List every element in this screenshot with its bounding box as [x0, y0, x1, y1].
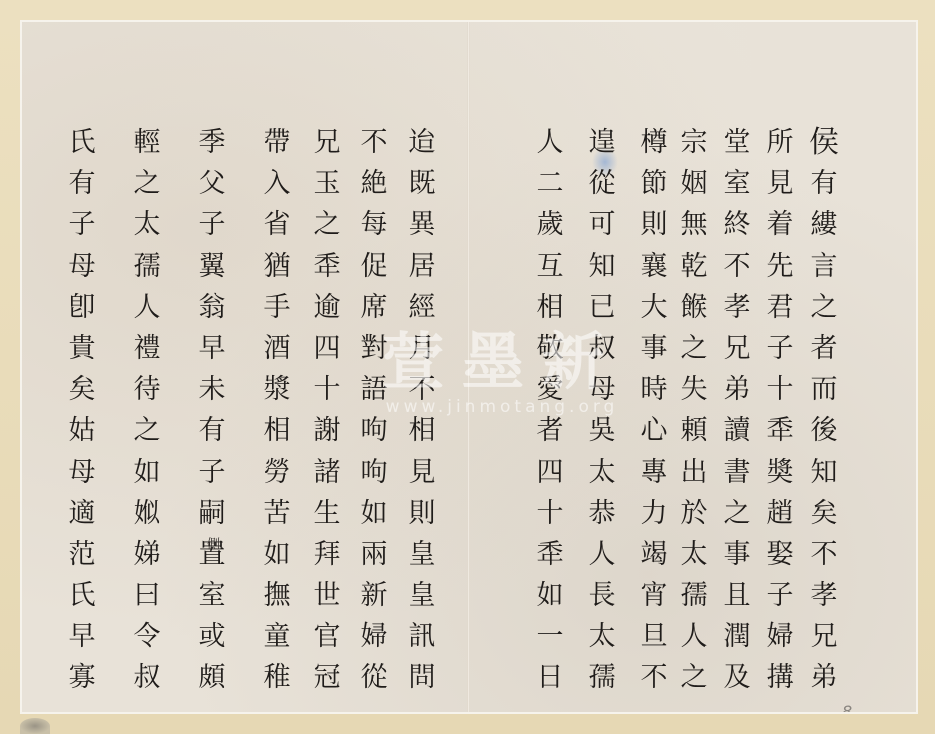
- text-column: 侯有縷言之者而後知矣不孝兄弟: [804, 122, 844, 699]
- character: 無: [681, 204, 708, 245]
- character: 十: [767, 369, 794, 410]
- character: 世: [314, 575, 341, 616]
- text-column: 所見着先君子十䄵奬趙娶子婦搆: [760, 122, 800, 699]
- character: 出: [681, 452, 708, 493]
- character: 叔: [134, 657, 161, 698]
- character: 酒: [264, 328, 291, 369]
- character: 事: [641, 328, 668, 369]
- character: 母: [589, 369, 616, 410]
- character: 不: [724, 246, 751, 287]
- character: 言: [811, 246, 838, 287]
- character: 童: [264, 616, 291, 657]
- character: 太: [589, 452, 616, 493]
- character: 弟: [724, 369, 751, 410]
- character: 絶: [361, 163, 388, 204]
- character: 氏: [69, 575, 96, 616]
- character: 待: [134, 369, 161, 410]
- character: 叔: [589, 328, 616, 369]
- character: 四: [314, 328, 341, 369]
- character: 寡: [69, 657, 96, 698]
- character: 謝: [314, 410, 341, 451]
- character: 語: [361, 369, 388, 410]
- character: 姑: [69, 410, 96, 451]
- character: 月: [409, 328, 436, 369]
- character: 輕: [134, 122, 161, 163]
- character: 曰: [134, 575, 161, 616]
- character: 節: [641, 163, 668, 204]
- character: 敬: [537, 328, 564, 369]
- character: 時: [641, 369, 668, 410]
- character: 恭: [589, 493, 616, 534]
- character: 之: [314, 204, 341, 245]
- character: 十: [314, 369, 341, 410]
- character: 不: [409, 369, 436, 410]
- character: 力: [641, 493, 668, 534]
- character: 十: [537, 493, 564, 534]
- character: 子: [767, 575, 794, 616]
- text-column: 堂室終不孝兄弟讀書之事且潤及: [717, 122, 757, 699]
- character: 縷: [811, 204, 838, 245]
- character: 失: [681, 369, 708, 410]
- character: 之: [724, 493, 751, 534]
- character: 頼: [681, 410, 708, 451]
- character: 禮: [134, 328, 161, 369]
- character: 從: [361, 657, 388, 698]
- character: 吳: [589, 410, 616, 451]
- text-column: 帶入省猶手酒漿相勞苦如撫童稚: [257, 122, 297, 699]
- character: 日: [537, 657, 564, 698]
- character: 有: [199, 410, 226, 451]
- character: 者: [537, 410, 564, 451]
- character: 堂: [724, 122, 751, 163]
- character: 子: [199, 452, 226, 493]
- character: 書: [724, 452, 751, 493]
- character: 則: [641, 204, 668, 245]
- character: 見: [767, 163, 794, 204]
- character: 猶: [264, 246, 291, 287]
- character: 異: [409, 204, 436, 245]
- character: 且: [724, 575, 751, 616]
- character: 及: [724, 657, 751, 698]
- character: 侯: [809, 122, 839, 163]
- character: 可: [589, 204, 616, 245]
- text-column: 不絶每促席對語呴呴如兩新婦從: [354, 122, 394, 699]
- character: 樽: [641, 122, 668, 163]
- character: 娰: [134, 493, 161, 534]
- character: 人: [134, 287, 161, 328]
- character: 終: [724, 204, 751, 245]
- character: 范: [69, 534, 96, 575]
- character: 官: [314, 616, 341, 657]
- character: 孝: [811, 575, 838, 616]
- character: 宗: [681, 122, 708, 163]
- character: 乾: [681, 246, 708, 287]
- character: 人: [681, 616, 708, 657]
- character: 之: [681, 657, 708, 698]
- character: 一: [537, 616, 564, 657]
- character: 撫: [264, 575, 291, 616]
- page-number: 8: [842, 702, 852, 714]
- paperweight: [20, 718, 50, 734]
- character: 苦: [264, 493, 291, 534]
- character: 有: [69, 163, 96, 204]
- character: 勞: [264, 452, 291, 493]
- character: 冠: [314, 657, 341, 698]
- text-column: 季父子翼翁早未有子嗣置室或頗: [192, 122, 232, 699]
- character: 知: [589, 246, 616, 287]
- character: 婦: [767, 616, 794, 657]
- character: 後: [811, 410, 838, 451]
- character: 䄵: [537, 534, 564, 575]
- character: 君: [767, 287, 794, 328]
- character: 弟: [811, 657, 838, 698]
- character: 諸: [314, 452, 341, 493]
- character: 愛: [537, 369, 564, 410]
- character: 竭: [641, 534, 668, 575]
- character: 相: [537, 287, 564, 328]
- character: 適: [69, 493, 96, 534]
- character: 孝: [724, 287, 751, 328]
- character: 頗: [199, 657, 226, 698]
- character: 太: [681, 534, 708, 575]
- character: 所: [767, 122, 794, 163]
- character: 手: [264, 287, 291, 328]
- character: 稚: [264, 657, 291, 698]
- character: 兄: [314, 122, 341, 163]
- character: 不: [361, 122, 388, 163]
- character: 每: [361, 204, 388, 245]
- character: 餱: [681, 287, 708, 328]
- character: 奬: [767, 452, 794, 493]
- text-column: 氏有子母卽貴矣姑母適范氏早寡: [62, 122, 102, 699]
- text-column: 人二歲互相敬愛者四十䄵如一日: [530, 122, 570, 699]
- character: 兄: [811, 616, 838, 657]
- character: 讀: [724, 410, 751, 451]
- character: 迨: [409, 122, 436, 163]
- character: 娶: [767, 534, 794, 575]
- character: 不: [641, 657, 668, 698]
- center-fold: [467, 22, 470, 712]
- character: 知: [811, 452, 838, 493]
- album-leaf: 侯有縷言之者而後知矣不孝兄弟所見着先君子十䄵奬趙娶子婦搆堂室終不孝兄弟讀書之事且…: [20, 20, 918, 714]
- character: 䄵: [767, 410, 794, 451]
- character: 則: [409, 493, 436, 534]
- character: 早: [199, 328, 226, 369]
- character: 娣: [134, 534, 161, 575]
- character: 室: [199, 575, 226, 616]
- text-column: 迨既異居經月不相見則皇皇訊問: [402, 122, 442, 699]
- character: 經: [409, 287, 436, 328]
- character: 二: [537, 163, 564, 204]
- character: 兄: [724, 328, 751, 369]
- character: 母: [69, 246, 96, 287]
- character: 趙: [767, 493, 794, 534]
- character: 子: [69, 204, 96, 245]
- text-column: 兄玉之䄵逾四十謝諸生拜世官冠: [307, 122, 347, 699]
- character: 之: [811, 287, 838, 328]
- character: 省: [264, 204, 291, 245]
- character: 或: [199, 616, 226, 657]
- character: 之: [681, 328, 708, 369]
- character: 太: [134, 204, 161, 245]
- character: 子: [199, 204, 226, 245]
- character: 人: [589, 534, 616, 575]
- character: 搆: [767, 657, 794, 698]
- character: 拜: [314, 534, 341, 575]
- marginal-annotation: 側: [202, 537, 221, 550]
- character: 矣: [69, 369, 96, 410]
- character: 逾: [314, 287, 341, 328]
- character: 嗣: [199, 493, 226, 534]
- character: 早: [69, 616, 96, 657]
- character: 父: [199, 163, 226, 204]
- character: 孺: [589, 657, 616, 698]
- character: 宵: [641, 575, 668, 616]
- character: 旦: [641, 616, 668, 657]
- character: 皇: [409, 534, 436, 575]
- character: 促: [361, 246, 388, 287]
- character: 互: [537, 246, 564, 287]
- character: 矣: [811, 493, 838, 534]
- character: 呴: [361, 452, 388, 493]
- character: 生: [314, 493, 341, 534]
- text-column: 遑從可知已叔母吳太恭人長太孺: [582, 122, 622, 699]
- character: 着: [767, 204, 794, 245]
- character: 已: [589, 287, 616, 328]
- character: 者: [811, 328, 838, 369]
- character: 入: [264, 163, 291, 204]
- text-column: 樽節則襄大事時心專力竭宵旦不: [634, 122, 674, 699]
- character: 事: [724, 534, 751, 575]
- character: 居: [409, 246, 436, 287]
- character: 如: [361, 493, 388, 534]
- character: 歲: [537, 204, 564, 245]
- character: 室: [724, 163, 751, 204]
- character: 婦: [361, 616, 388, 657]
- character: 翁: [199, 287, 226, 328]
- character: 孺: [681, 575, 708, 616]
- character: 太: [589, 616, 616, 657]
- character: 相: [264, 410, 291, 451]
- character: 呴: [361, 410, 388, 451]
- character: 孺: [134, 246, 161, 287]
- character: 玉: [314, 163, 341, 204]
- character: 新: [361, 575, 388, 616]
- character: 問: [409, 657, 436, 698]
- character: 如: [264, 534, 291, 575]
- character: 大: [641, 287, 668, 328]
- character: 令: [134, 616, 161, 657]
- character: 母: [69, 452, 96, 493]
- character: 如: [537, 575, 564, 616]
- text-column: 宗姻無乾餱之失頼出於太孺人之: [674, 122, 714, 699]
- character: 未: [199, 369, 226, 410]
- character: 四: [537, 452, 564, 493]
- character: 遑: [589, 122, 616, 163]
- character: 不: [811, 534, 838, 575]
- character: 季: [199, 122, 226, 163]
- character: 先: [767, 246, 794, 287]
- character: 子: [767, 328, 794, 369]
- character: 長: [589, 575, 616, 616]
- character: 訊: [409, 616, 436, 657]
- character: 襄: [641, 246, 668, 287]
- character: 有: [811, 163, 838, 204]
- character: 漿: [264, 369, 291, 410]
- character: 卽: [69, 287, 96, 328]
- character: 對: [361, 328, 388, 369]
- character: 心: [641, 410, 668, 451]
- character: 而: [811, 369, 838, 410]
- character: 於: [681, 493, 708, 534]
- character: 貴: [69, 328, 96, 369]
- character: 如: [134, 452, 161, 493]
- character: 既: [409, 163, 436, 204]
- character: 人: [537, 122, 564, 163]
- character: 潤: [724, 616, 751, 657]
- character: 兩: [361, 534, 388, 575]
- character: 氏: [69, 122, 96, 163]
- character: 姻: [681, 163, 708, 204]
- character: 皇: [409, 575, 436, 616]
- character: 之: [134, 410, 161, 451]
- character: 見: [409, 452, 436, 493]
- character: 從: [589, 163, 616, 204]
- character: 䄵: [314, 246, 341, 287]
- character: 席: [361, 287, 388, 328]
- character: 翼: [199, 246, 226, 287]
- character: 專: [641, 452, 668, 493]
- character: 帶: [264, 122, 291, 163]
- character: 相: [409, 410, 436, 451]
- text-column: 輕之太孺人禮待之如娰娣曰令叔: [127, 122, 167, 699]
- character: 之: [134, 163, 161, 204]
